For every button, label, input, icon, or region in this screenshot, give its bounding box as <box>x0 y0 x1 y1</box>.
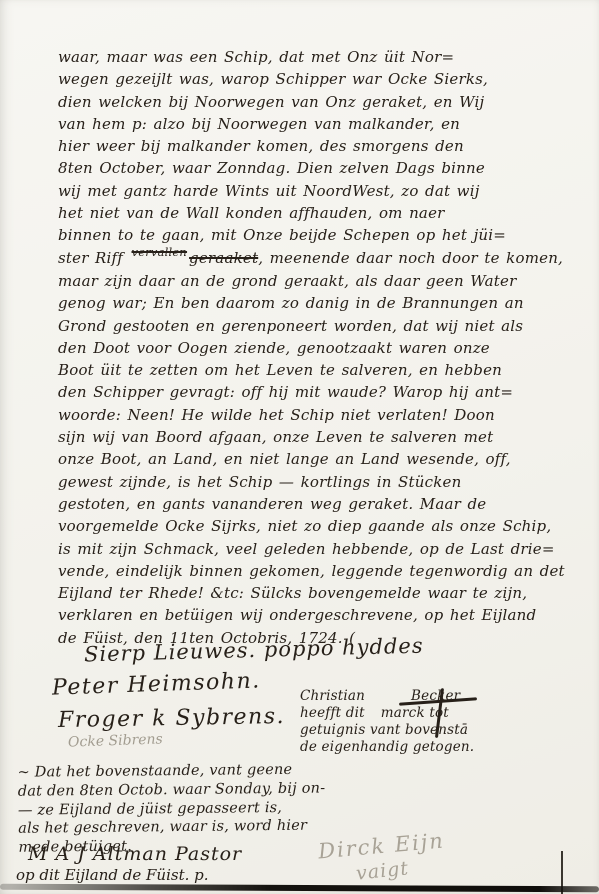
manuscript-page: waar, maar was een Schip, dat met Onz üi… <box>0 0 599 894</box>
text-line: van hem p: alzo bij Noorwegen van malkan… <box>58 113 573 135</box>
text-line: woorde: Neen! He wilde het Schip niet ve… <box>58 404 573 426</box>
inserted-word: vervallen <box>132 245 188 259</box>
signature-peter-heimsohn: Peter Heimsohn. <box>52 668 261 700</box>
text-line: den Schipper gevragt: off hij mit waude?… <box>58 381 573 403</box>
witness-line-4: de eigenhandig getogen. <box>300 739 510 756</box>
signature-sybrens: Froger k Sybrens. <box>58 704 285 733</box>
text-line: vende, eindelijk binnen gekomen, leggend… <box>58 560 573 582</box>
text-line: wij met gantz harde Wints uit NoordWest,… <box>58 180 573 202</box>
witness-statement: Christian Becker heefft dit marck tot ge… <box>300 688 510 756</box>
correction-suffix: , meenende daar noch door te komen, <box>258 249 563 267</box>
text-line: voorgemelde Ocke Sijrks, niet zo diep ga… <box>58 515 573 537</box>
pastor-signature-title: op dit Eijland de Füist. p. <box>16 866 209 884</box>
strikethrough-word: geraaket <box>189 249 258 267</box>
correction-prefix: ster Riff <box>58 249 130 267</box>
witness-line-2: heefft dit marck tot <box>300 705 510 722</box>
text-line: Eijland ter Rhede! &tc: Sülcks bovengeme… <box>58 582 573 604</box>
text-line: verklaren en betüigen wij ondergeschreve… <box>58 604 573 626</box>
text-line: gewest zijnde, is het Schip — kortlings … <box>58 471 573 493</box>
text-line: is mit zijn Schmack, veel geleden hebben… <box>58 538 573 560</box>
scan-edge-bottom <box>0 884 599 893</box>
cross-gap <box>365 705 381 722</box>
text-line: wegen gezeijlt was, warop Schipper war O… <box>58 68 573 90</box>
witness-text-left: heefft dit <box>300 705 365 722</box>
text-line: maar zijn daar an de grond geraakt, als … <box>58 270 573 292</box>
text-line: dien welcken bij Noorwegen van Onz gerak… <box>58 91 573 113</box>
signature-faint-ocke: Ocke Sibrens <box>68 731 163 750</box>
vaigt-signature: vaigt <box>355 857 410 884</box>
witness-name-left: Christian <box>300 688 365 705</box>
text-line-with-correction: ster Riff vervallengeraaket, meenende da… <box>58 247 573 270</box>
pastor-signature: M A J Altman Pastor <box>28 843 242 865</box>
text-line: genog war; En ben daarom zo danig in de … <box>58 292 573 314</box>
witness-line-3: getuignis vant bovenstā <box>300 722 510 739</box>
text-line: gestoten, en gants vananderen weg gerake… <box>58 493 573 515</box>
attestation-line: als het geschreven, waar is, word hier <box>18 817 348 839</box>
text-line: 8ten October, waar Zonndag. Dien zelven … <box>58 157 573 179</box>
text-line: onze Boot, an Land, en niet lange an Lan… <box>58 448 573 470</box>
text-line: hier weer bij malkander komen, des smorg… <box>58 135 573 157</box>
attestation-line: dat den 8ten Octob. waar Sonday, bij on- <box>18 779 348 801</box>
body-text: waar, maar was een Schip, dat met Onz üi… <box>58 46 573 649</box>
text-line: Grond gestooten en gerenponeert worden, … <box>58 315 573 337</box>
text-line: het niet van de Wall konden affhauden, o… <box>58 202 573 224</box>
text-line: Boot üit te zetten om het Leven te salve… <box>58 359 573 381</box>
text-line: waar, maar was een Schip, dat met Onz üi… <box>58 46 573 68</box>
text-line: sijn wij van Boord afgaan, onze Leven te… <box>58 426 573 448</box>
text-line: binnen to te gaan, mit Onze beijde Schep… <box>58 224 573 246</box>
text-line: den Doot voor Oogen ziende, genootzaakt … <box>58 337 573 359</box>
